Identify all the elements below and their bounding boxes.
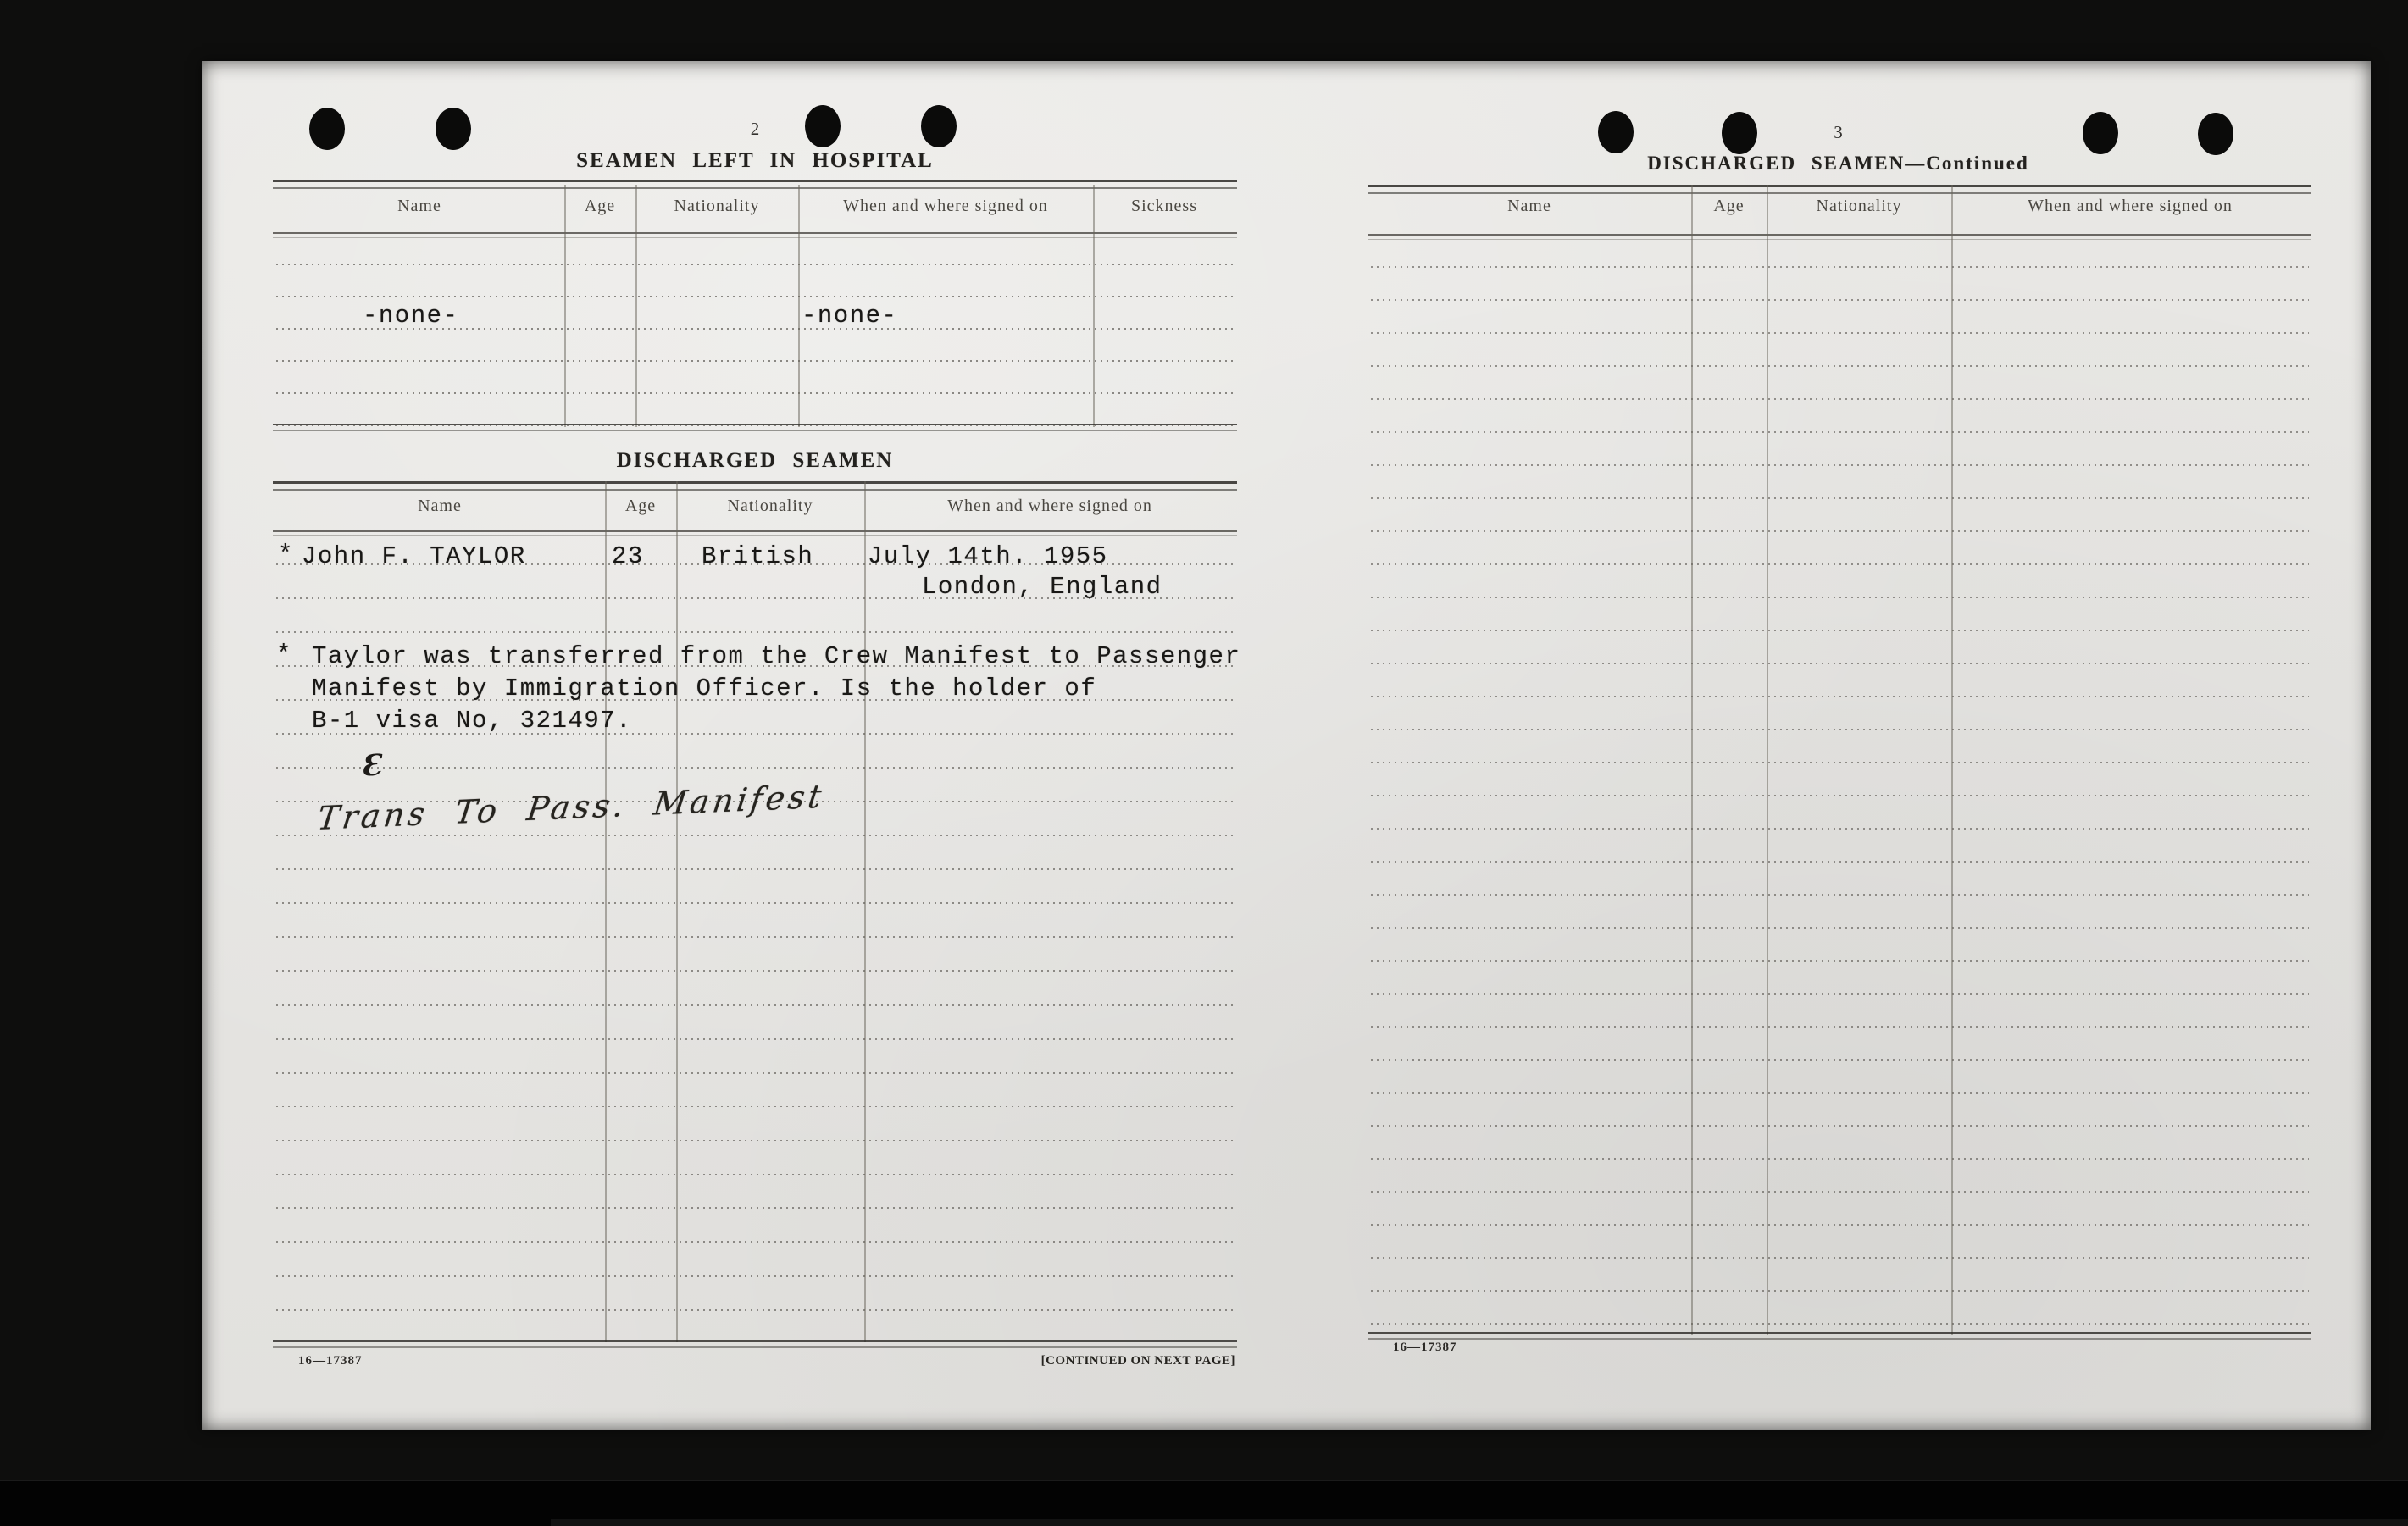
column-header-signed-on: When and where signed on [1951,197,2309,216]
hospital-section-title: SEAMEN LEFT IN HOSPITAL [275,149,1235,173]
row-signed-on-place: London, England [922,573,1162,601]
table-rule [1368,185,2311,194]
page-number-right: 3 [1368,122,2309,143]
hospital-none-signed-on: -none- [802,302,897,330]
scanner-edge-sliver [551,1519,2408,1526]
note-line: Manifest by Immigration Officer. Is the … [312,674,1096,702]
column-divider [864,481,866,1342]
scanned-document-page: { "left_page": { "page_number": "2", "ho… [0,0,2408,1526]
column-header-name: Name [275,197,564,216]
column-header-nationality: Nationality [635,197,798,216]
column-divider [1691,185,1693,1335]
column-header-signed-on: When and where signed on [798,197,1093,216]
row-marker: * [278,541,294,569]
row-nationality: British [702,542,813,570]
column-divider [605,481,607,1342]
table-rule [1368,1332,2311,1340]
column-header-sickness: Sickness [1093,197,1235,216]
column-header-age: Age [564,197,635,216]
hospital-none-name: -none- [363,302,458,330]
form-code-right: 16—17387 [1393,1340,1457,1355]
column-divider [564,185,566,427]
row-name: John F. TAYLOR [302,542,526,570]
column-divider [798,185,800,427]
discharged-continued-title: DISCHARGED SEAMEN—Continued [1368,153,2309,175]
discharged-section-title: DISCHARGED SEAMEN [275,449,1235,473]
table-rule [273,424,1237,431]
form-code-left: 16—17387 [298,1354,363,1368]
note-line: B-1 visa No, 321497. [312,707,632,735]
page-number-left: 2 [275,119,1235,140]
column-header-nationality: Nationality [1767,197,1951,216]
column-divider [1951,185,1953,1335]
handwritten-mark: Ɛ [360,748,383,784]
column-divider [1767,185,1768,1335]
row-age: 23 [612,542,644,570]
column-divider [635,185,637,427]
row-dotted-lines [1369,236,2309,1326]
column-header-name: Name [275,497,605,516]
column-header-age: Age [1691,197,1767,216]
column-divider [1093,185,1095,427]
column-header-name: Name [1368,197,1691,216]
row-dotted-lines [275,234,1235,427]
column-header-nationality: Nationality [676,497,864,516]
continued-on-next-page: [CONTINUED ON NEXT PAGE] [974,1354,1235,1368]
row-signed-on-date: July 14th. 1955 [868,542,1108,570]
column-header-signed-on: When and where signed on [864,497,1235,516]
column-divider [676,481,678,1342]
note-marker: * [276,641,292,669]
table-rule [273,481,1237,491]
note-line: Taylor was transferred from the Crew Man… [312,642,1240,670]
table-rule [273,1340,1237,1348]
column-header-age: Age [605,497,676,516]
